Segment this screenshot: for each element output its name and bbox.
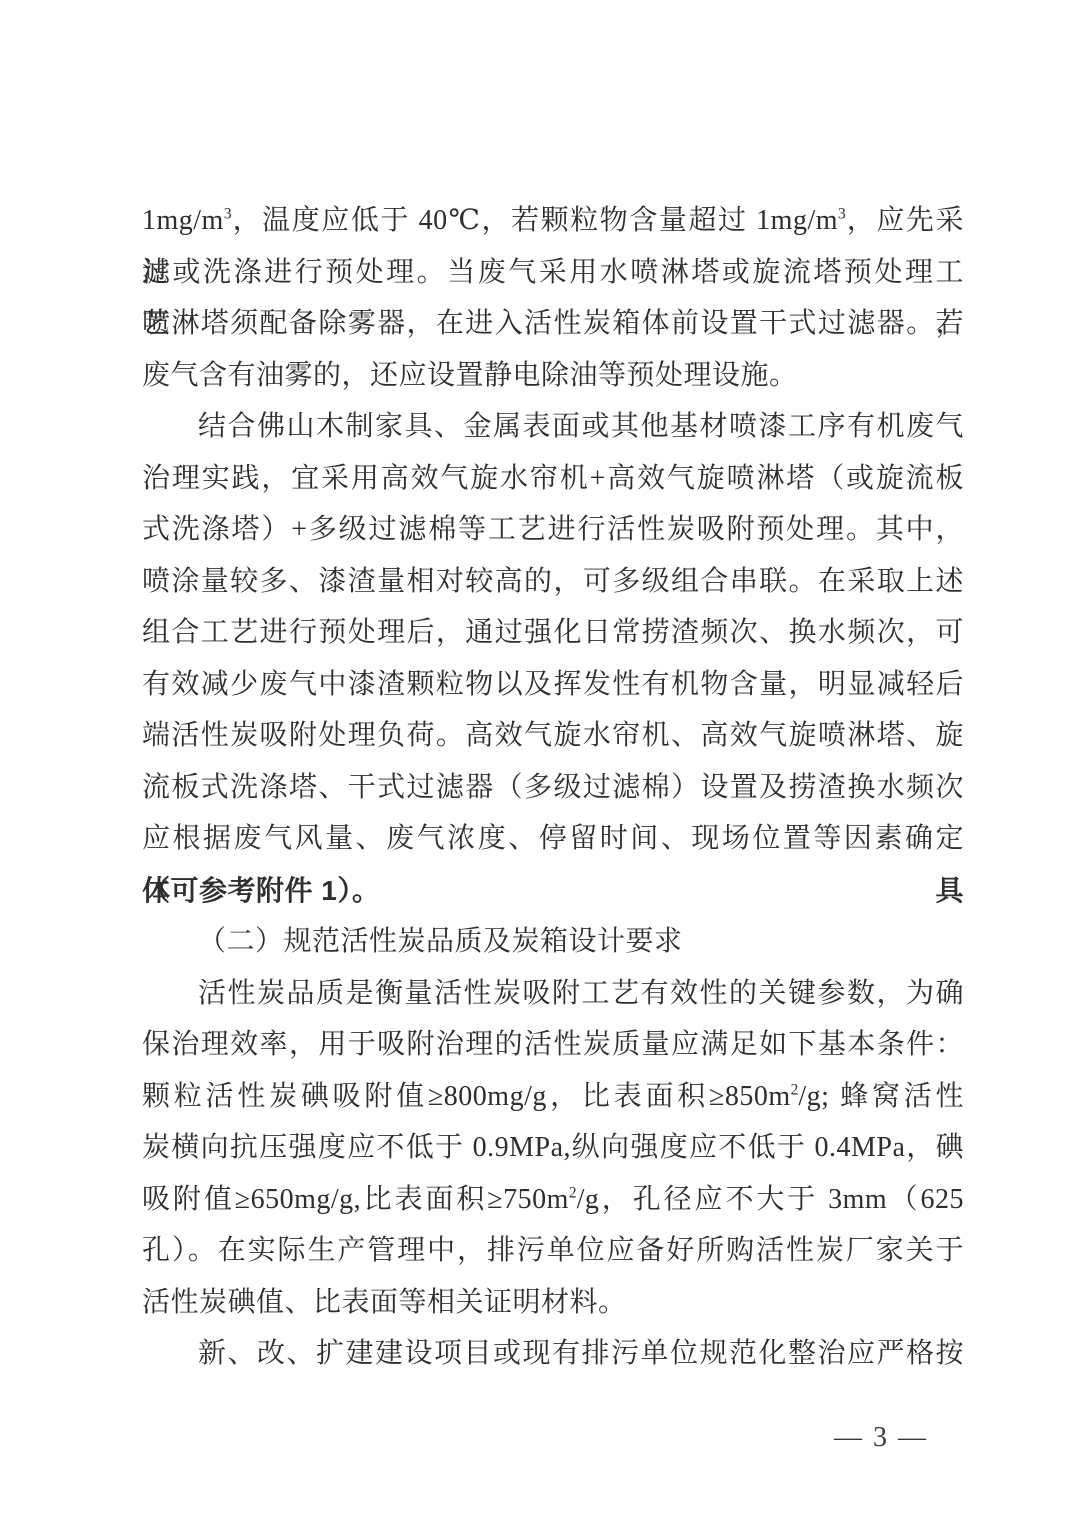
text-line: 治理实践，宜采用高效气旋水帘机+高效气旋喷淋塔（或旋流板 bbox=[142, 453, 964, 505]
text-line: 端活性炭吸附处理负荷。高效气旋水帘机、高效气旋喷淋塔、旋 bbox=[142, 710, 964, 762]
text-segment: 喷淋塔须配备除雾器，在进入活性炭箱体前设置干式过滤器。若 bbox=[142, 308, 964, 339]
text-segment: 有效减少废气中漆渣颗粒物以及挥发性有机物含量，明显减轻后 bbox=[142, 669, 964, 700]
text-line: 喷涂量较多、漆渣量相对较高的，可多级组合串联。在采取上述 bbox=[142, 556, 964, 608]
text-segment: 流板式洗涤塔、干式过滤器（多级过滤棉）设置及捞渣换水频次 bbox=[142, 772, 964, 803]
text-segment: 活性炭碘值、比表面等相关证明材料。 bbox=[142, 1287, 627, 1318]
document-page: 1mg/m3，温度应低于 40℃，若颗粒物含量超过 1mg/m3，应先采过滤或洗… bbox=[0, 0, 1080, 1527]
section-heading: （二）规范活性炭品质及炭箱设计要求 bbox=[142, 916, 964, 968]
superscript: 3 bbox=[224, 206, 232, 223]
text-segment: 端活性炭吸附处理负荷。高效气旋水帘机、高效气旋喷淋塔、旋 bbox=[142, 720, 964, 751]
text-segment: 应根据废气风量、废气浓度、停留时间、现场位置等因素确定 bbox=[142, 823, 964, 854]
text-line: 应根据废气风量、废气浓度、停留时间、现场位置等因素确定（具 bbox=[142, 813, 964, 865]
superscript: 2 bbox=[569, 1184, 577, 1201]
text-segment: 活性炭品质是衡量活性炭吸附工艺有效性的关键参数，为确 bbox=[198, 978, 964, 1009]
text-segment: 废气含有油雾的，还应设置静电除油等预处理设施。 bbox=[142, 360, 798, 391]
text-segment: 保治理效率，用于吸附治理的活性炭质量应满足如下基本条件： bbox=[142, 1029, 964, 1060]
superscript: 3 bbox=[838, 206, 846, 223]
text-line: 废气含有油雾的，还应设置静电除油等预处理设施。 bbox=[142, 350, 964, 402]
text-segment: 体可参考附件 1）。 bbox=[142, 875, 380, 906]
text-segment: 喷涂量较多、漆渣量相对较高的，可多级组合串联。在采取上述 bbox=[142, 566, 964, 597]
text-line: 组合工艺进行预处理后，通过强化日常捞渣频次、换水频次，可 bbox=[142, 607, 964, 659]
text-line: 保治理效率，用于吸附治理的活性炭质量应满足如下基本条件： bbox=[142, 1019, 964, 1071]
text-segment: 治理实践，宜采用高效气旋水帘机+高效气旋喷淋塔（或旋流板 bbox=[142, 463, 964, 494]
text-line: 滤或洗涤进行预处理。当废气采用水喷淋塔或旋流塔预处理工艺， bbox=[142, 247, 964, 299]
text-line: 颗粒活性炭碘吸附值≥800mg/g，比表面积≥850m2/g; 蜂窝活性 bbox=[142, 1071, 964, 1123]
text-segment: 式洗涤塔）+多级过滤棉等工艺进行活性炭吸附预处理。其中， bbox=[142, 514, 964, 545]
text-segment: 颗粒活性炭碘吸附值≥800mg/g，比表面积≥850m bbox=[142, 1081, 791, 1112]
text-segment: 1mg/m bbox=[142, 205, 224, 236]
text-segment: 孔）。在实际生产管理中，排污单位应备好所购活性炭厂家关于 bbox=[142, 1235, 964, 1266]
text-line: 喷淋塔须配备除雾器，在进入活性炭箱体前设置干式过滤器。若 bbox=[142, 298, 964, 350]
text-segment: /g，孔径应不大于 3mm（625 bbox=[577, 1184, 964, 1215]
text-line: 流板式洗涤塔、干式过滤器（多级过滤棉）设置及捞渣换水频次 bbox=[142, 762, 964, 814]
text-line: 活性炭品质是衡量活性炭吸附工艺有效性的关键参数，为确 bbox=[142, 968, 964, 1020]
page-number: — 3 — bbox=[834, 1418, 928, 1458]
text-line: 吸附值≥650mg/g,比表面积≥750m2/g，孔径应不大于 3mm（625 bbox=[142, 1174, 964, 1226]
text-segment: 结合佛山木制家具、金属表面或其他基材喷漆工序有机废气 bbox=[198, 411, 964, 442]
text-segment: ，温度应低于 40℃，若颗粒物含量超过 1mg/m bbox=[232, 205, 838, 236]
text-line: 1mg/m3，温度应低于 40℃，若颗粒物含量超过 1mg/m3，应先采过 bbox=[142, 195, 964, 247]
text-line: 炭横向抗压强度应不低于 0.9MPa,纵向强度应不低于 0.4MPa，碘 bbox=[142, 1122, 964, 1174]
text-line: 式洗涤塔）+多级过滤棉等工艺进行活性炭吸附预处理。其中， bbox=[142, 504, 964, 556]
text-segment: 吸附值≥650mg/g,比表面积≥750m bbox=[142, 1184, 569, 1215]
text-line: 结合佛山木制家具、金属表面或其他基材喷漆工序有机废气 bbox=[142, 401, 964, 453]
text-line: 新、改、扩建建设项目或现有排污单位规范化整治应严格按 bbox=[142, 1328, 964, 1380]
text-segment: （二）规范活性炭品质及炭箱设计要求 bbox=[198, 926, 683, 957]
text-line: 孔）。在实际生产管理中，排污单位应备好所购活性炭厂家关于 bbox=[142, 1225, 964, 1277]
text-segment: /g; 蜂窝活性 bbox=[798, 1081, 964, 1112]
text-line: 有效减少废气中漆渣颗粒物以及挥发性有机物含量，明显减轻后 bbox=[142, 659, 964, 711]
text-segment: 组合工艺进行预处理后，通过强化日常捞渣频次、换水频次，可 bbox=[142, 617, 964, 648]
text-line: 活性炭碘值、比表面等相关证明材料。 bbox=[142, 1277, 964, 1329]
document-body: 1mg/m3，温度应低于 40℃，若颗粒物含量超过 1mg/m3，应先采过滤或洗… bbox=[142, 195, 964, 1380]
text-segment: 新、改、扩建建设项目或现有排污单位规范化整治应严格按 bbox=[198, 1338, 964, 1369]
text-segment: 炭横向抗压强度应不低于 0.9MPa,纵向强度应不低于 0.4MPa，碘 bbox=[142, 1132, 964, 1163]
